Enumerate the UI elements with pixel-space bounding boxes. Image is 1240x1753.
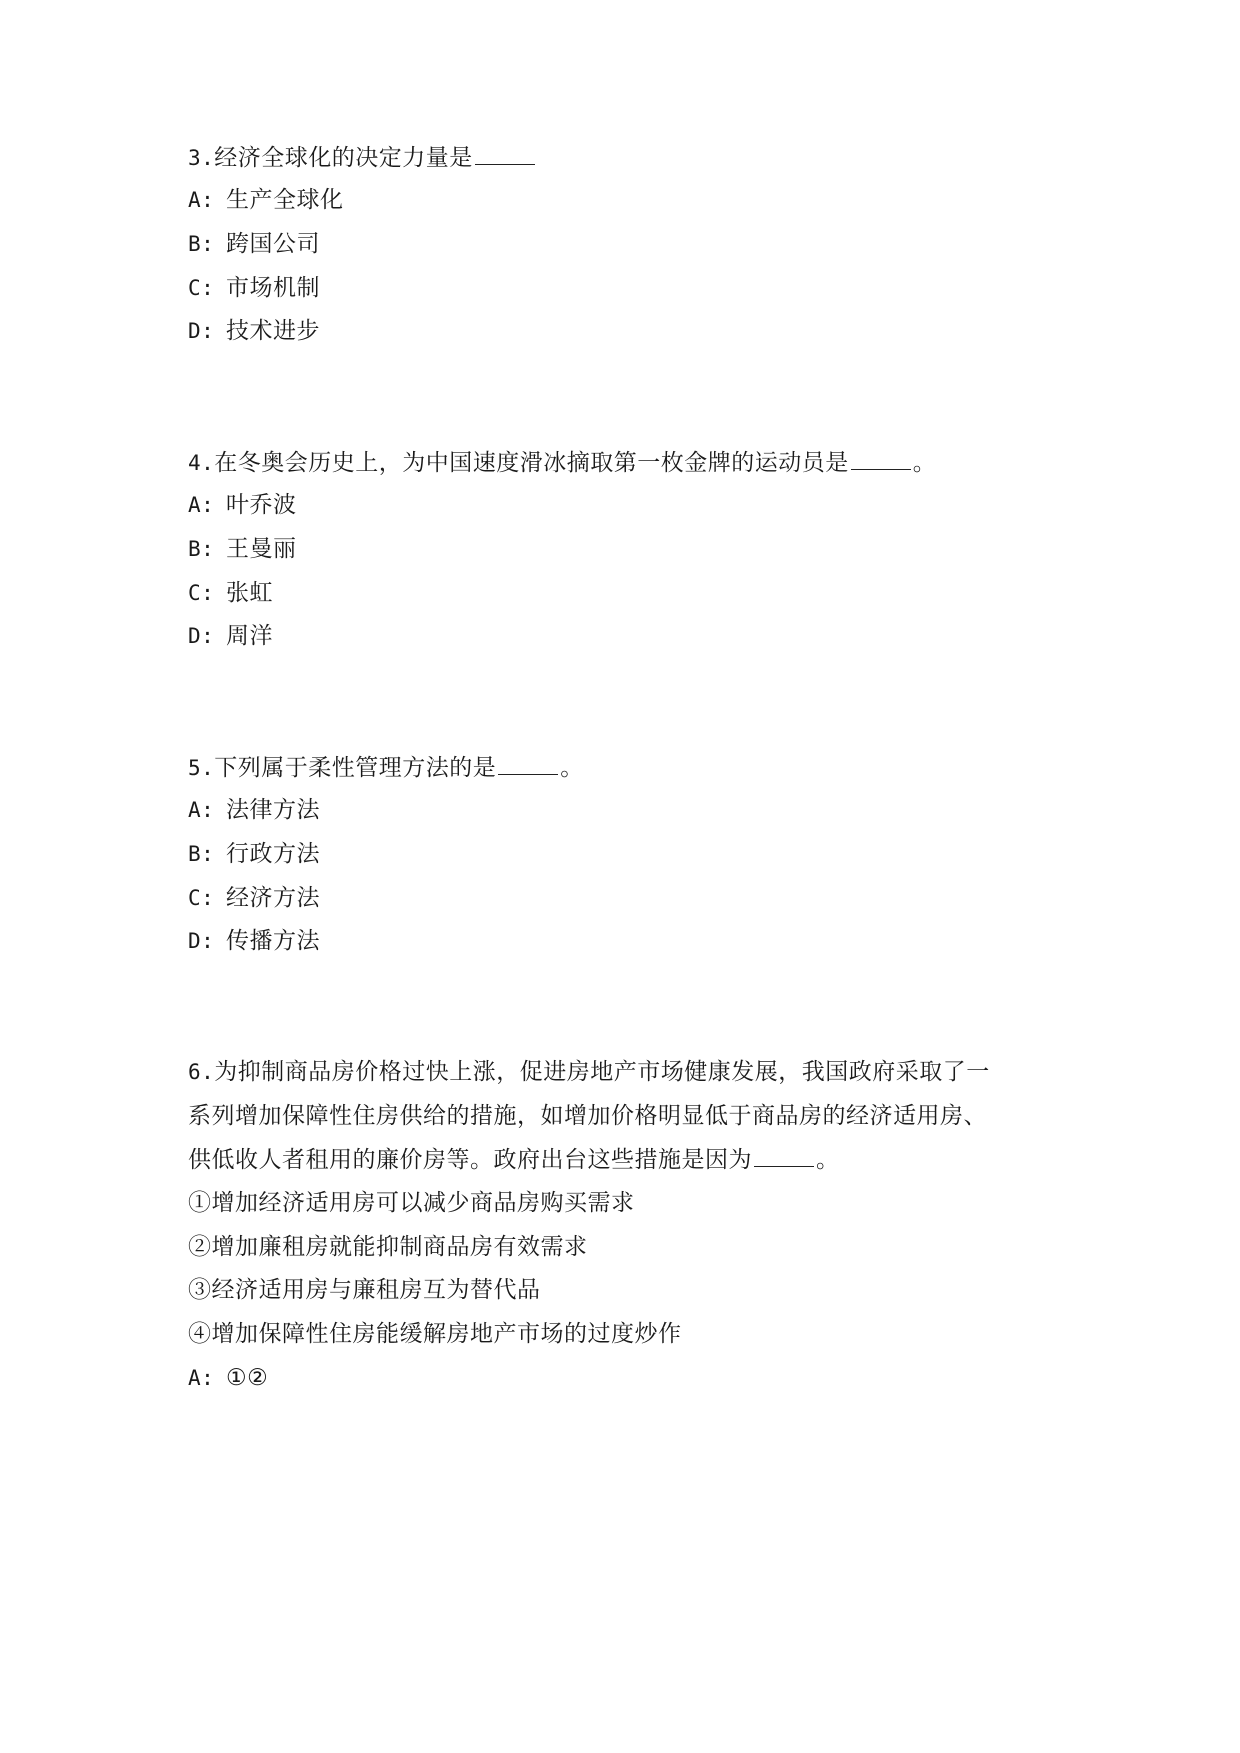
- option-label: A:: [188, 1363, 226, 1393]
- question-3-stem: 3.经济全球化的决定力量是: [188, 142, 537, 173]
- document-page: 3.经济全球化的决定力量是 A:生产全球化 B:跨国公司 C:市场机制 D:技术…: [0, 0, 1240, 1753]
- question-5-option-d: D:传播方法: [188, 926, 320, 956]
- option-text: 行政方法: [226, 841, 320, 867]
- question-5-option-c: C:经济方法: [188, 883, 320, 913]
- question-text: 供低收人者租用的廉价房等。政府出台这些措施是因为: [188, 1147, 752, 1173]
- question-6-stem-line-3: 供低收人者租用的廉价房等。政府出台这些措施是因为。: [188, 1144, 840, 1175]
- statement-text: ④增加保障性住房能缓解房地产市场的过度炒作: [188, 1321, 682, 1347]
- question-4-option-c: C:张虹: [188, 578, 273, 608]
- question-number: 4.: [188, 451, 214, 475]
- answer-blank: [475, 142, 535, 165]
- question-6-statement-1: ①增加经济适用房可以减少商品房购买需求: [188, 1188, 635, 1218]
- question-number: 6.: [188, 1060, 214, 1084]
- option-text: 法律方法: [226, 797, 320, 823]
- question-6-statement-4: ④增加保障性住房能缓解房地产市场的过度炒作: [188, 1319, 682, 1349]
- option-label: C:: [188, 883, 226, 913]
- option-text: 技术进步: [226, 318, 320, 344]
- option-text: 跨国公司: [226, 231, 320, 257]
- option-text: 经济方法: [226, 885, 320, 911]
- question-5-option-b: B:行政方法: [188, 839, 320, 869]
- option-text: ①②: [226, 1365, 268, 1391]
- option-label: B:: [188, 534, 226, 564]
- question-4-stem: 4.在冬奥会历史上，为中国速度滑冰摘取第一枚金牌的运动员是。: [188, 447, 936, 478]
- statement-text: ③经济适用房与廉租房互为替代品: [188, 1277, 541, 1303]
- option-text: 张虹: [226, 580, 273, 606]
- option-text: 周洋: [226, 623, 273, 649]
- option-text: 叶乔波: [226, 492, 297, 518]
- question-6-statement-3: ③经济适用房与廉租房互为替代品: [188, 1275, 541, 1305]
- question-text: 为抑制商品房价格过快上涨，促进房地产市场健康发展，我国政府采取了一: [214, 1059, 990, 1085]
- question-4-option-d: D:周洋: [188, 621, 273, 651]
- question-end: 。: [560, 755, 584, 781]
- question-number: 5.: [188, 756, 214, 780]
- question-5-option-a: A:法律方法: [188, 795, 320, 825]
- option-label: B:: [188, 229, 226, 259]
- question-text: 下列属于柔性管理方法的是: [214, 755, 496, 781]
- question-6-statement-2: ②增加廉租房就能抑制商品房有效需求: [188, 1232, 588, 1262]
- question-text: 经济全球化的决定力量是: [214, 145, 473, 171]
- question-3-option-c: C:市场机制: [188, 273, 320, 303]
- question-5-stem: 5.下列属于柔性管理方法的是。: [188, 752, 584, 783]
- option-label: D:: [188, 316, 226, 346]
- question-4-option-a: A:叶乔波: [188, 490, 297, 520]
- question-3-option-b: B:跨国公司: [188, 229, 320, 259]
- answer-blank: [754, 1144, 814, 1167]
- option-label: C:: [188, 578, 226, 608]
- question-number: 3.: [188, 146, 214, 170]
- option-text: 王曼丽: [226, 536, 297, 562]
- statement-text: ②增加廉租房就能抑制商品房有效需求: [188, 1234, 588, 1260]
- option-text: 市场机制: [226, 275, 320, 301]
- option-text: 生产全球化: [226, 187, 344, 213]
- answer-blank: [498, 752, 558, 775]
- question-end: 。: [816, 1147, 840, 1173]
- option-label: A:: [188, 490, 226, 520]
- option-label: C:: [188, 273, 226, 303]
- answer-blank: [851, 447, 911, 470]
- question-6-stem-line-1: 6.为抑制商品房价格过快上涨，促进房地产市场健康发展，我国政府采取了一: [188, 1057, 990, 1087]
- question-text: 在冬奥会历史上，为中国速度滑冰摘取第一枚金牌的运动员是: [214, 450, 849, 476]
- statement-text: ①增加经济适用房可以减少商品房购买需求: [188, 1190, 635, 1216]
- question-6-option-a: A:①②: [188, 1363, 268, 1393]
- option-label: A:: [188, 185, 226, 215]
- question-6-stem-line-2: 系列增加保障性住房供给的措施，如增加价格明显低于商品房的经济适用房、: [188, 1101, 987, 1131]
- option-label: D:: [188, 621, 226, 651]
- option-label: A:: [188, 795, 226, 825]
- question-4-option-b: B:王曼丽: [188, 534, 297, 564]
- question-3-option-d: D:技术进步: [188, 316, 320, 346]
- option-label: D:: [188, 926, 226, 956]
- question-3-option-a: A:生产全球化: [188, 185, 344, 215]
- option-text: 传播方法: [226, 928, 320, 954]
- question-end: 。: [913, 450, 937, 476]
- option-label: B:: [188, 839, 226, 869]
- question-text: 系列增加保障性住房供给的措施，如增加价格明显低于商品房的经济适用房、: [188, 1103, 987, 1129]
